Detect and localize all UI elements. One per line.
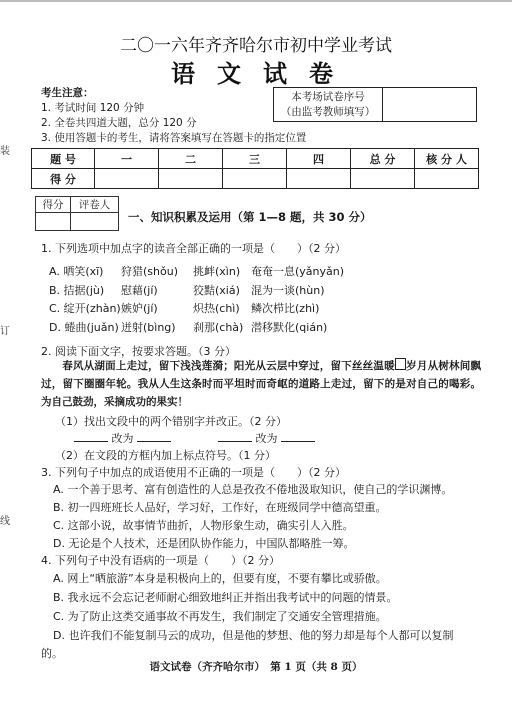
scan-top-border [0, 0, 512, 2]
score-cell[interactable] [159, 169, 223, 189]
sequence-number-field[interactable] [383, 88, 476, 121]
question-2-sub2: （2）在文段的方框内加上标点符号。（1 分） [55, 447, 276, 463]
question-3-stem: 3. 下列句子中加点的成语使用不正确的一项是（ ）（2 分） [41, 464, 346, 480]
binding-mark: 装 [0, 142, 10, 157]
option-item: 挑衅(xìn) [193, 263, 251, 282]
question-2-sub1: （1）找出文段中的两个错别字并改正。（2 分） [55, 413, 287, 429]
reading-passage: 春风从湖面上走过，留下浅浅莲漪；阳光从云层中穿过，留下丝丝温暖岁月从树林间飘过，… [41, 357, 481, 411]
score-table-score-row: 得 分 [32, 169, 479, 189]
grader-marker-cell[interactable] [71, 213, 119, 231]
score-header-cell: 二 [159, 149, 223, 169]
option-row-b: B. 拮据(jù) 慰藉(jí) 狡黠(xiá) 混为一谈(hùn) [49, 282, 344, 301]
question-4-option-c: C. 为了防止这类交通事故不再发生，我们制定了交通安全管理措施。 [53, 608, 387, 624]
question-1-stem: 1. 下列选项中加点字的读音全部正确的一项是（ ）（2 分） [41, 240, 346, 256]
change-to-label: 改为 [112, 432, 134, 445]
correction-blanks: 改为 改为 [74, 430, 315, 446]
score-header-cell: 总 分 [351, 149, 415, 169]
exam-subject-title: 语文试卷 [0, 54, 512, 89]
grader-score-cell[interactable] [36, 213, 71, 231]
option-row-c: C. 绽开(zhàn) 嫉妒(jí) 炽热(chì) 鳞次栉比(zhì) [49, 300, 344, 319]
option-item: 鳞次栉比(zhì) [251, 300, 319, 319]
answer-blank[interactable] [281, 431, 315, 442]
notice-item: 3. 使用答题卡的考生，请将答案填写在答题卡的指定位置 [41, 131, 306, 146]
option-row-d: D. 蜷曲(juǎn) 迸射(bìng) 刹那(chà) 潜移默化(qián) [49, 319, 344, 338]
score-header-cell: 三 [223, 149, 287, 169]
sequence-label-line: 本考场试卷序号 [274, 90, 382, 105]
option-item: 潜移默化(qián) [251, 319, 327, 338]
score-row-label: 得 分 [32, 169, 95, 189]
question-4-option-b: B. 我永远不会忘记老师耐心细致地纠正并指出我考试中的问题的情景。 [53, 589, 398, 605]
answer-blank[interactable] [137, 431, 171, 442]
option-item: 狩猎(shǒu) [121, 263, 193, 282]
grader-header-marker: 评卷人 [71, 197, 119, 213]
question-3-option-d: D. 无论是个人技术，还是团队协作能力，中国队都略胜一筹。 [53, 535, 354, 551]
change-to-label: 改为 [256, 432, 278, 445]
notice-heading: 考生注意： [41, 86, 306, 101]
option-row-a: A. 哂笑(xī) 狩猎(shǒu) 挑衅(xìn) 奄奄一息(yǎnyǎn) [49, 263, 344, 282]
score-cell[interactable] [351, 169, 415, 189]
candidate-notice: 考生注意： 1. 考试时间 120 分钟 2. 全卷共四道大题，总分 120 分… [41, 86, 306, 146]
score-cell[interactable] [223, 169, 287, 189]
answer-blank[interactable] [74, 431, 108, 442]
binding-mark: 线 [0, 512, 10, 527]
grader-table: 得分 评卷人 [35, 196, 119, 231]
question-1-options: A. 哂笑(xī) 狩猎(shǒu) 挑衅(xìn) 奄奄一息(yǎnyǎn) … [49, 263, 344, 337]
question-4-option-d: D. 也许我们不能复制马云的成功，但是他的梦想、他的努力却是每个人都可以复制 [53, 627, 453, 643]
notice-item: 2. 全卷共四道大题，总分 120 分 [41, 116, 306, 131]
option-item: 刹那(chà) [193, 319, 251, 338]
page-footer: 语文试卷（齐齐哈尔市） 第 1 页（共 8 页） [0, 659, 512, 674]
grader-header-score: 得分 [36, 197, 71, 213]
score-header-cell: 四 [287, 149, 351, 169]
question-3-option-a: A. 一个善于思考、富有创造性的人总是孜孜不倦地汲取知识，使自己的学识渊博。 [53, 481, 452, 497]
sequence-label-line: （由监考教师填写） [274, 105, 382, 120]
exam-title: 二〇一六年齐齐哈尔市初中学业考试 [0, 31, 512, 56]
binding-mark: 订 [0, 322, 10, 337]
paper-sequence-box: 本考场试卷序号 （由监考教师填写） [273, 87, 477, 122]
score-cell[interactable] [415, 169, 479, 189]
option-item: B. 拮据(jù) [49, 282, 121, 301]
score-table-header-row: 题 号 一 二 三 四 总 分 核 分 人 [32, 149, 479, 169]
question-4-stem: 4. 下列句子中没有语病的一项是（ ）（2 分） [41, 552, 280, 568]
option-item: 迸射(bìng) [121, 319, 193, 338]
answer-blank[interactable] [218, 431, 252, 442]
score-header-cell: 一 [95, 149, 159, 169]
option-item: 嫉妒(jí) [121, 300, 193, 319]
option-item: 混为一谈(hùn) [251, 282, 325, 301]
score-header-cell: 题 号 [32, 149, 95, 169]
option-item: 慰藉(jí) [121, 282, 193, 301]
score-cell[interactable] [287, 169, 351, 189]
passage-text: 春风从湖面上走过，留下浅浅莲漪；阳光从云层中穿过，留下丝丝温暖 [62, 360, 395, 372]
score-cell[interactable] [95, 169, 159, 189]
question-3-option-b: B. 初一四班班长人品好，学习好，工作好，在班级同学中德高望重。 [53, 499, 387, 515]
question-3-option-c: C. 这部小说，故事情节曲折，人物形象生动，确实引人入胜。 [53, 517, 354, 533]
punctuation-box[interactable] [395, 358, 406, 370]
option-item: A. 哂笑(xī) [49, 263, 121, 282]
option-item: 狡黠(xiá) [193, 282, 251, 301]
question-4-option-a: A. 网上“晒旅游”本身是积极向上的，但要有度，不要有攀比或骄傲。 [53, 570, 387, 586]
option-item: C. 绽开(zhàn) [49, 300, 121, 319]
section-title: 一、知识积累及运用（第 1—8 题，共 30 分） [128, 209, 372, 225]
score-header-cell: 核 分 人 [415, 149, 479, 169]
option-item: 奄奄一息(yǎnyǎn) [251, 263, 344, 282]
sequence-label: 本考场试卷序号 （由监考教师填写） [274, 88, 383, 121]
score-table: 题 号 一 二 三 四 总 分 核 分 人 得 分 [31, 148, 479, 189]
notice-item: 1. 考试时间 120 分钟 [41, 101, 306, 116]
option-item: D. 蜷曲(juǎn) [49, 319, 121, 338]
option-item: 炽热(chì) [193, 300, 251, 319]
